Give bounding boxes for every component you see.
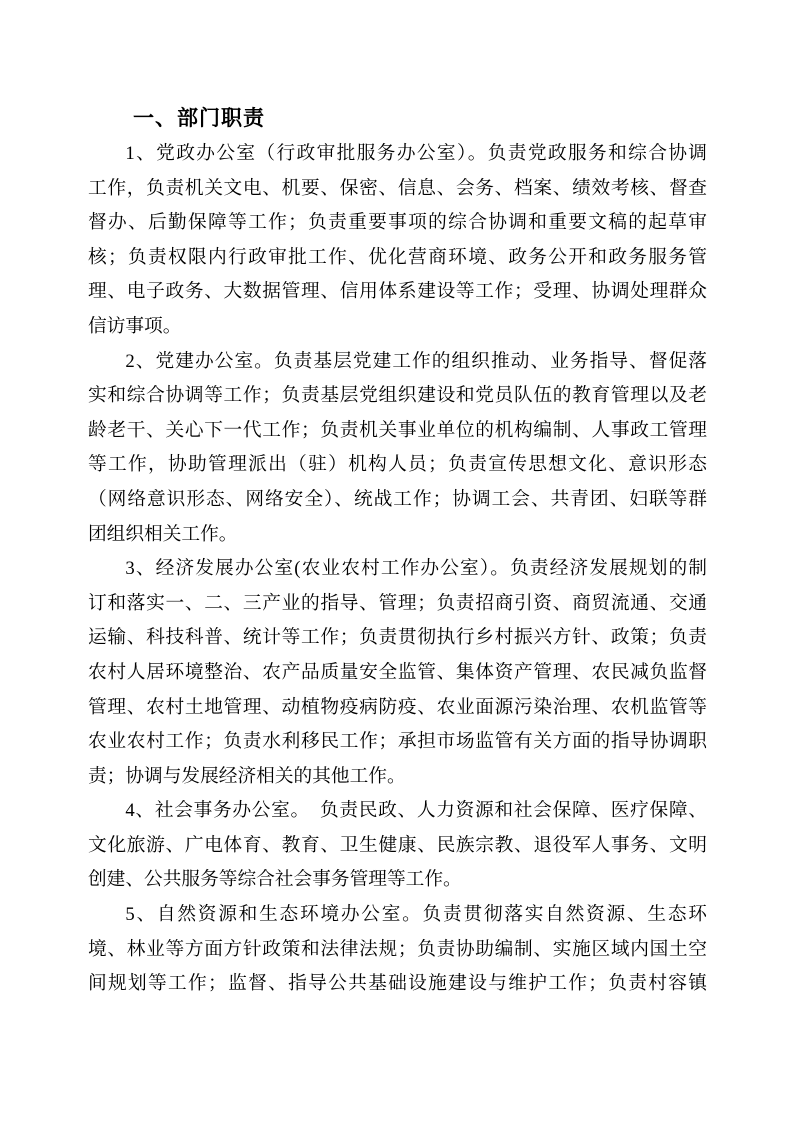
document-body: 1、党政办公室（行政审批服务办公室）。负责党政服务和综合协调工作，负责机关文电、… [88,137,707,1002]
paragraph-line: 间规划等工作；监督、指导公共基础设施建设与维护工作；负责村容镇 [88,967,707,1002]
paragraph-line: 等工作，协助管理派出（驻）机构人员；负责宣传思想文化、意识形态 [88,448,707,483]
section-title: 一、部门职责 [88,100,707,137]
paragraph-line: 5、自然资源和生态环境办公室。负责贯彻落实自然资源、生态环 [88,898,707,933]
paragraph: 2、党建办公室。负责基层党建工作的组织推动、业务指导、督促落实和综合协调等工作；… [88,345,707,553]
paragraph-line: 文化旅游、广电体育、教育、卫生健康、民族宗教、退役军人事务、文明 [88,829,707,864]
paragraph-line: 订和落实一、二、三产业的指导、管理；负责招商引资、商贸流通、交通 [88,587,707,622]
paragraph: 3、经济发展办公室(农业农村工作办公室）。负责经济发展规划的制订和落实一、二、三… [88,552,707,794]
paragraph-line: 农村人居环境整治、农产品质量安全监管、集体资产管理、农民减负监督 [88,656,707,691]
paragraph-line: 农业农村工作；负责水利移民工作；承担市场监管有关方面的指导协调职 [88,725,707,760]
paragraph-line: 工作，负责机关文电、机要、保密、信息、会务、档案、绩效考核、督查 [88,172,707,207]
paragraph-line: 3、经济发展办公室(农业农村工作办公室）。负责经济发展规划的制 [88,552,707,587]
paragraph-line: 创建、公共服务等综合社会事务管理等工作。 [88,863,707,898]
paragraph-line: 4、社会事务办公室。 负责民政、人力资源和社会保障、医疗保障、 [88,794,707,829]
paragraph-line: 理、电子政务、大数据管理、信用体系建设等工作；受理、协调处理群众 [88,275,707,310]
paragraph: 4、社会事务办公室。 负责民政、人力资源和社会保障、医疗保障、文化旅游、广电体育… [88,794,707,898]
document-content: 一、部门职责 1、党政办公室（行政审批服务办公室）。负责党政服务和综合协调工作，… [88,100,707,1002]
paragraph-line: 运输、科技科普、统计等工作；负责贯彻执行乡村振兴方针、政策；负责 [88,621,707,656]
document-page: 一、部门职责 1、党政办公室（行政审批服务办公室）。负责党政服务和综合协调工作，… [0,0,793,1122]
paragraph-line: 境、林业等方面方针政策和法律法规；负责协助编制、实施区域内国土空 [88,933,707,968]
paragraph-line: 龄老干、关心下一代工作；负责机关事业单位的机构编制、人事政工管理 [88,414,707,449]
paragraph-line: 2、党建办公室。负责基层党建工作的组织推动、业务指导、督促落 [88,345,707,380]
paragraph-line: 管理、农村土地管理、动植物疫病防疫、农业面源污染治理、农机监管等 [88,691,707,726]
paragraph-line: 信访事项。 [88,310,707,345]
paragraph-line: 核；负责权限内行政审批工作、优化营商环境、政务公开和政务服务管 [88,241,707,276]
paragraph: 1、党政办公室（行政审批服务办公室）。负责党政服务和综合协调工作，负责机关文电、… [88,137,707,345]
paragraph-line: （网络意识形态、网络安全）、统战工作；协调工会、共青团、妇联等群 [88,483,707,518]
paragraph: 5、自然资源和生态环境办公室。负责贯彻落实自然资源、生态环境、林业等方面方针政策… [88,898,707,1002]
paragraph-line: 实和综合协调等工作；负责基层党组织建设和党员队伍的教育管理以及老 [88,379,707,414]
paragraph-line: 1、党政办公室（行政审批服务办公室）。负责党政服务和综合协调 [88,137,707,172]
paragraph-line: 团组织相关工作。 [88,518,707,553]
paragraph-line: 督办、后勤保障等工作；负责重要事项的综合协调和重要文稿的起草审 [88,206,707,241]
paragraph-line: 责；协调与发展经济相关的其他工作。 [88,760,707,795]
